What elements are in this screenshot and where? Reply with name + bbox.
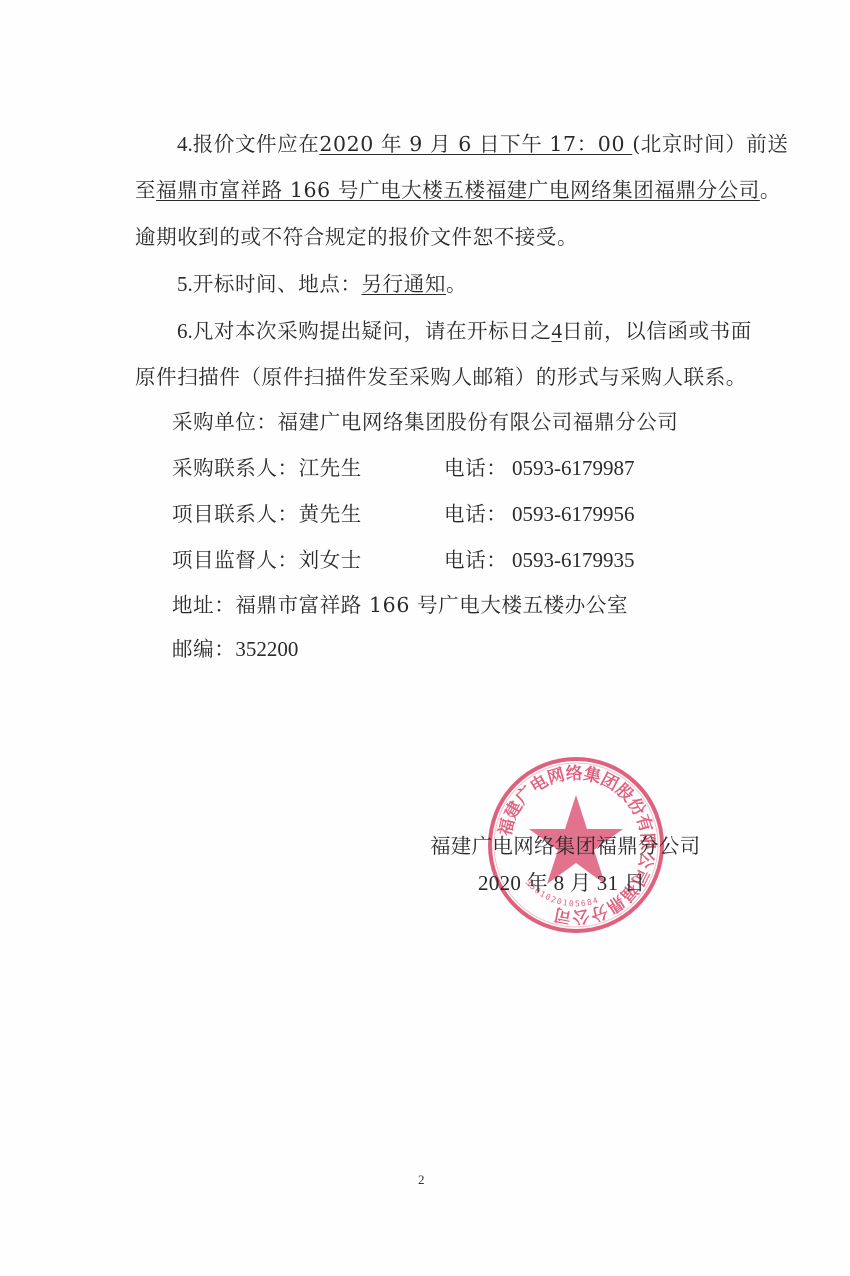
tel-label: 电话： (444, 501, 507, 527)
postcode-line: 邮编：352200 (172, 636, 298, 662)
tel-number: 0593-6179935 (512, 547, 635, 573)
signature-org: 福建广电网络集团福鼎分公司 (430, 833, 700, 859)
item-text: 。 (446, 272, 467, 296)
item-4-line-2: 至福鼎市富祥路 166 号广电大楼五楼福建广电网络集团福鼎分公司。 (135, 177, 781, 203)
item-6-line-1: 6.凡对本次采购提出疑问，请在开标日之4日前，以信函或书面 (177, 318, 752, 344)
item-text: 逾期收到的或不符合规定的报价文件恕不接受。 (135, 225, 578, 249)
contact-name: 刘女士 (299, 548, 362, 572)
postcode-label: 邮编： (172, 637, 235, 661)
address-line: 地址：福鼎市富祥路 166 号广电大楼五楼办公室 (172, 592, 628, 618)
tel-label: 电话： (444, 547, 507, 573)
item-text: 。 (760, 178, 781, 202)
document-page: 4.报价文件应在2020 年 9 月 6 日下午 17：00 (北京时间）前送 … (0, 0, 850, 1276)
page-number: 2 (418, 1172, 425, 1188)
contact-label: 采购联系人： (172, 456, 299, 480)
contact-row: 项目联系人：黄先生 电话： 0593-6179956 (172, 501, 692, 527)
days-underlined: 4 (551, 319, 562, 343)
item-number: 4. (177, 132, 193, 156)
item-4-line-3: 逾期收到的或不符合规定的报价文件恕不接受。 (135, 224, 578, 250)
item-number: 6. (177, 319, 193, 343)
tel-label: 电话： (444, 455, 507, 481)
postcode-value: 352200 (235, 637, 298, 661)
item-6-line-2: 原件扫描件（原件扫描件发至采购人邮箱）的形式与采购人联系。 (135, 364, 747, 390)
signature-date: 2020 年 8 月 31 日 (478, 870, 645, 896)
item-4-line-1: 4.报价文件应在2020 年 9 月 6 日下午 17：00 (北京时间）前送 (177, 131, 789, 157)
item-text: 原件扫描件（原件扫描件发至采购人邮箱）的形式与采购人联系。 (135, 365, 747, 389)
item-text: 开标时间、地点： (193, 272, 362, 296)
address-label: 地址： (172, 593, 235, 617)
item-text: (北京时间）前送 (632, 132, 788, 156)
tel-number: 0593-6179956 (512, 501, 635, 527)
opening-notice-underlined: 另行通知 (362, 272, 446, 296)
item-text: 凡对本次采购提出疑问，请在开标日之 (193, 319, 552, 343)
item-text: 日前，以信函或书面 (562, 319, 752, 343)
purchaser-label: 采购单位： (172, 410, 278, 434)
tel-number: 0593-6179987 (512, 455, 635, 481)
contact-label: 项目联系人： (172, 502, 299, 526)
contact-name: 黄先生 (299, 502, 362, 526)
item-number: 5. (177, 272, 193, 296)
purchaser-line: 采购单位：福建广电网络集团股份有限公司福鼎分公司 (172, 409, 678, 435)
contact-row: 项目监督人：刘女士 电话： 0593-6179935 (172, 547, 692, 573)
purchaser-value: 福建广电网络集团股份有限公司福鼎分公司 (278, 410, 679, 434)
item-text: 至 (135, 178, 156, 202)
address-value: 福鼎市富祥路 166 号广电大楼五楼办公室 (235, 593, 628, 617)
item-5-line: 5.开标时间、地点：另行通知。 (177, 271, 467, 297)
contact-row: 采购联系人：江先生 电话： 0593-6179987 (172, 455, 692, 481)
delivery-address-underlined: 福鼎市富祥路 166 号广电大楼五楼福建广电网络集团福鼎分公司 (156, 178, 760, 202)
contact-name: 江先生 (299, 456, 362, 480)
deadline-underlined: 2020 年 9 月 6 日下午 17：00 (319, 132, 632, 156)
item-text: 报价文件应在 (193, 132, 320, 156)
contact-label: 项目监督人： (172, 548, 299, 572)
